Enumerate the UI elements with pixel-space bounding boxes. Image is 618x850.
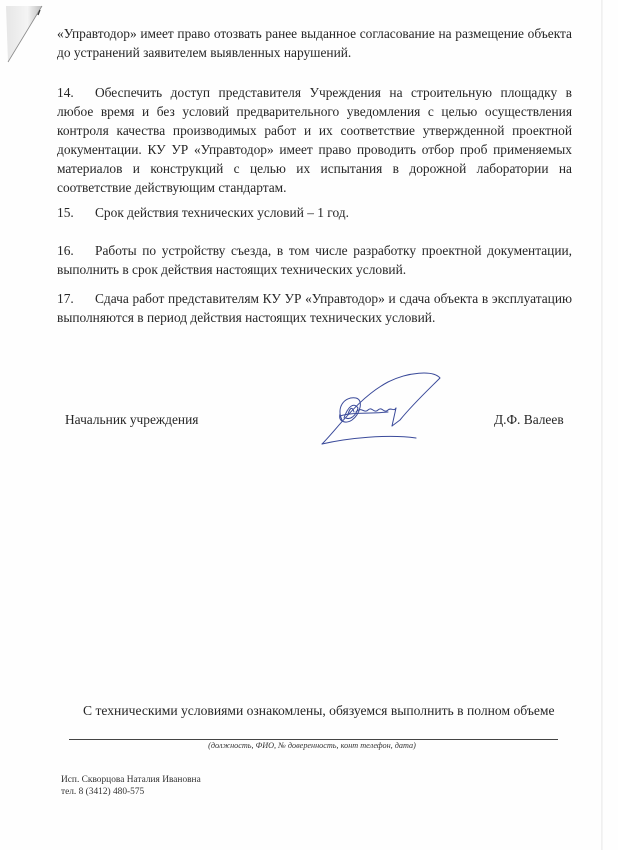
clause-number: 15. [57, 203, 95, 222]
signatory-title: Начальник учреждения [65, 410, 198, 429]
clause-text: Обеспечить доступ представителя Учрежден… [57, 85, 572, 195]
intro-paragraph: «Управтодор» имеет право отозвать ранее … [57, 24, 572, 62]
page-corner-fold-icon [0, 0, 46, 66]
signature-line-caption: (должность, ФИО, № доверенность, конт те… [0, 741, 618, 750]
clause-15: 15.Срок действия технических условий – 1… [57, 203, 572, 222]
clause-text: Сдача работ представителям КУ УР «Управт… [57, 291, 572, 325]
clause-number: 16. [57, 241, 95, 260]
clause-17: 17.Сдача работ представителям КУ УР «Упр… [57, 289, 572, 327]
clause-text: Срок действия технических условий – 1 го… [95, 205, 349, 220]
executor-phone: тел. 8 (3412) 480-575 [61, 786, 201, 798]
executor-info: Исп. Скворцова Наталия Ивановна тел. 8 (… [61, 774, 201, 798]
document-page: «Управтодор» имеет право отозвать ранее … [0, 0, 618, 850]
signature-line [69, 739, 558, 740]
clause-14: 14.Обеспечить доступ представителя Учреж… [57, 83, 572, 197]
page-edge-shadow [601, 0, 603, 850]
handwritten-signature-icon [318, 368, 448, 448]
clause-number: 17. [57, 289, 95, 308]
acknowledgement-text: С техническими условиями ознакомлены, об… [83, 701, 555, 720]
clause-16: 16.Работы по устройству съезда, в том чи… [57, 241, 572, 279]
executor-name: Исп. Скворцова Наталия Ивановна [61, 774, 201, 786]
signatory-name: Д.Ф. Валеев [494, 410, 564, 429]
clause-text: Работы по устройству съезда, в том числе… [57, 243, 572, 277]
clause-number: 14. [57, 83, 95, 102]
